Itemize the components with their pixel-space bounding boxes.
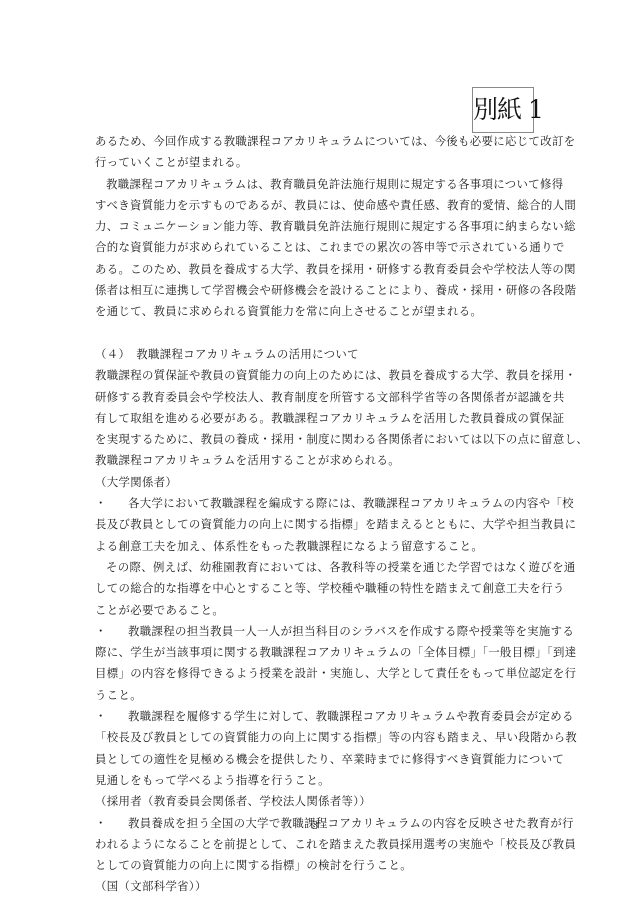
subsection-heading: （国（文部科学省）） <box>95 876 543 897</box>
text-line: われるようになることを前提として、これを踏まえた教員採用選考の実施や「校長及び教… <box>95 834 543 855</box>
text-line: 教職課程コアカリキュラムを活用することが求められる。 <box>95 450 543 471</box>
text-line: 目標」の内容を修得できるよう授業を設計・実施し、大学として責任をもって単位認定を… <box>95 663 543 684</box>
text-line: としての資質能力の向上に関する指標」の検討を行うこと。 <box>95 855 543 876</box>
text-line: よる創意工夫を加え、体系性をもった教職課程になるよう留意すること。 <box>95 536 543 557</box>
text-line: ことが必要であること。 <box>95 600 543 621</box>
text-line: 合的な資質能力が求められていることは、これまでの累次の答申等で示されている通りで <box>95 237 543 258</box>
text-line: 教職課程コアカリキュラムは、教育職員免許法施行規則に規定する各事項について修得 <box>95 174 543 195</box>
bullet-icon: ・ <box>95 493 128 514</box>
text-line: 長及び教員としての資質能力の向上に関する指標」を踏まえるとともに、大学や担当教員… <box>95 514 543 535</box>
document-page: 別紙 1 あるため、今回作成する教職課程コアカリキュラムについては、今後も必要に… <box>0 0 630 903</box>
text-line: 「校長及び教員としての資質能力の向上に関する指標」等の内容も踏まえ、早い段階から… <box>95 727 543 748</box>
bullet-item-first-line: ・教職課程の担当教員一人一人が担当科目のシラバスを作成する際や授業等を実施する <box>95 621 543 642</box>
section-4: （４） 教職課程コアカリキュラムの活用について 教職課程の質保証や教員の資質能力… <box>95 344 543 898</box>
paragraph-continuation: あるため、今回作成する教職課程コアカリキュラムについては、今後も必要に応じて改訂… <box>95 131 543 174</box>
text-line: 研修する教育委員会や学校法人、教育制度を所管する文部科学省等の各関係者が認識を共 <box>95 387 543 408</box>
subsection-university: （大学関係者） ・各大学において教職課程を編成する際には、教職課程コアカリキュラ… <box>95 472 543 791</box>
text-line: あるため、今回作成する教職課程コアカリキュラムについては、今後も必要に応じて改訂… <box>95 131 543 152</box>
text-line: うこと。 <box>95 685 543 706</box>
bullet-item-first-line: ・教職課程を履修する学生に対して、教職課程コアカリキュラムや教育委員会が定める <box>95 706 543 727</box>
text-line: 際に、学生が当該事項に関する教職課程コアカリキュラムの「全体目標」「一般目標」「… <box>95 642 543 663</box>
bullet-icon: ・ <box>95 621 128 642</box>
text-line: 見通しをもって学べるよう指導を行うこと。 <box>95 770 543 791</box>
text-line: を通じて、教員に求められる資質能力を常に向上させることが望まれる。 <box>95 301 543 322</box>
document-body: あるため、今回作成する教職課程コアカリキュラムについては、今後も必要に応じて改訂… <box>95 131 543 898</box>
text-line: 教職課程を履修する学生に対して、教職課程コアカリキュラムや教育委員会が定める <box>128 709 574 723</box>
text-line: を実現するために、教員の養成・採用・制度に関わる各関係者においては以下の点に留意… <box>95 429 543 450</box>
paragraph-core-curriculum: 教職課程コアカリキュラムは、教育職員免許法施行規則に規定する各事項について修得 … <box>95 174 543 323</box>
blank-line <box>95 323 543 344</box>
text-line: 行っていくことが望まれる。 <box>95 152 543 173</box>
text-line: 力、コミュニケーション能力等、教育職員免許法施行規則に規定する各事項に納まらない… <box>95 216 543 237</box>
text-line: しての総合的な指導を中心とすること等、学校種や職種の特性を踏まえて創意工夫を行う <box>95 578 543 599</box>
text-line: 員としての適性を見極める機会を提供したり、卒業時までに修得すべき資質能力について <box>95 749 543 770</box>
bullet-item-first-line: ・各大学において教職課程を編成する際には、教職課程コアカリキュラムの内容や「校 <box>95 493 543 514</box>
text-line: 教職課程の担当教員一人一人が担当科目のシラバスを作成する際や授業等を実施する <box>128 624 574 638</box>
subsection-heading: （大学関係者） <box>95 472 543 493</box>
section-heading: （４） 教職課程コアカリキュラムの活用について <box>95 344 543 365</box>
subsection-employers: （採用者（教育委員会関係者、学校法人関係者等）） ・教員養成を担う全国の大学で教… <box>95 791 543 876</box>
text-line: 教職課程の質保証や教員の資質能力の向上のためには、教員を養成する大学、教員を採用… <box>95 365 543 386</box>
page-number: 3 <box>0 819 630 832</box>
bullet-icon: ・ <box>95 706 128 727</box>
subsection-government: （国（文部科学省）） <box>95 876 543 897</box>
text-line: 係者は相互に連携して学習機会や研修機会を設けることにより、養成・採用・研修の各段… <box>95 280 543 301</box>
text-line: 各大学において教職課程を編成する際には、教職課程コアカリキュラムの内容や「校 <box>128 496 574 510</box>
text-line: ある。このため、教員を養成する大学、教員を採用・研修する教育委員会や学校法人等の… <box>95 259 543 280</box>
text-line: すべき資質能力を示すものであるが、教員には、使命感や責任感、教育的愛情、総合的人… <box>95 195 543 216</box>
attachment-label: 別紙 1 <box>472 87 534 133</box>
subsection-heading: （採用者（教育委員会関係者、学校法人関係者等）） <box>95 791 543 812</box>
text-line: 有して取組を進める必要がある。教職課程コアカリキュラムを活用した教員養成の質保証 <box>95 408 543 429</box>
text-line: その際、例えば、幼稚園教育においては、各教科等の授業を通じた学習ではなく遊びを通 <box>95 557 543 578</box>
